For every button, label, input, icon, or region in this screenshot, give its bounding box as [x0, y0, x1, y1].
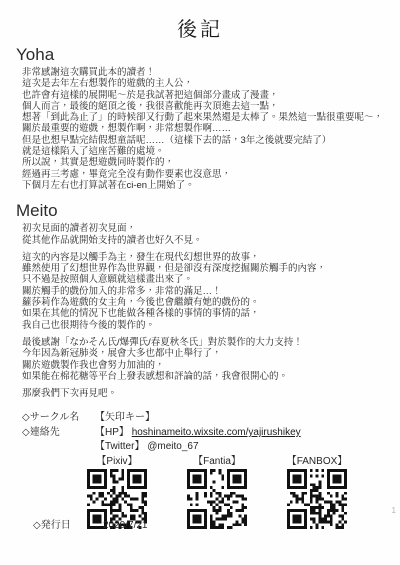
text-line: 如果在其他的情況下也能做各種各樣的事情的事情的話，	[22, 308, 400, 319]
text-line: 初次見面的讀者初次見面，	[22, 223, 400, 234]
author-name-yoha: Yoha	[16, 45, 400, 65]
pixiv-label: 【Pixiv】	[96, 456, 137, 467]
circle-name-label: ◇サークル名	[22, 412, 95, 423]
section-meito: Meito 初次見面的讀者初次見面，從其他作品就開始支持的讀者也好久不見。 這次…	[0, 201, 400, 399]
text-line: 關於遊戲製作我也會努力加油的，	[22, 360, 400, 371]
text-line: 蘿莎莉作為遊戲的女主角，今後也會繼續有她的戲份的。	[22, 297, 400, 308]
text-line: 就是這樣陷入了這座苦難的處境。	[22, 146, 400, 157]
homepage-link[interactable]: hoshinameito.wixsite.com/yajirushikey	[132, 427, 301, 438]
text-line: 那麼我們下次再見吧。	[22, 388, 400, 399]
meito-paragraph-content: 這次的內容是以觸手為主，發生在現代幻想世界的故事，雖然使用了幻想世界作為世界觀，…	[22, 252, 400, 331]
contact-twitter-row: 【Twitter】 @meito_67	[22, 441, 400, 452]
twitter-handle: @meito_67	[147, 441, 198, 452]
text-line: 如果能在棉花糖等平台上發表感想和評論的話，我會很開心的。	[22, 371, 400, 382]
text-line: 經過再三考慮，畢竟完全沒有動作要素也沒意思，	[22, 169, 400, 180]
yoha-comment-text: 非常感謝這次購買此本的讀者！這次是去年左右想製作的遊戲的主人公，也許會有這樣的展…	[22, 67, 400, 191]
text-line: 雖然使用了幻想世界作為世界觀，但是卻沒有深度挖掘關於觸手的內容，	[22, 263, 400, 274]
meito-paragraph-greeting: 初次見面的讀者初次見面，從其他作品就開始支持的讀者也好久不見。	[22, 223, 400, 246]
text-line: 這次的內容是以觸手為主，發生在現代幻想世界的故事，	[22, 252, 400, 263]
text-line: 從其他作品就開始支持的讀者也好久不見。	[22, 235, 400, 246]
twitter-label: 【Twitter】	[95, 441, 144, 452]
page-title: 後記	[0, 13, 400, 42]
qr-column-fantia: 【Fantia】	[167, 456, 267, 529]
qr-column-pixiv: 【Pixiv】	[67, 456, 167, 529]
text-line: 只不過是按照個人意願就這樣畫出來了。	[22, 274, 400, 285]
text-line: 想著「到此為止了」的時候卻又行動了起來果然還是太棒了。果然這一點很重要呢～，	[22, 112, 400, 123]
twitter-entry: 【Twitter】 @meito_67	[95, 441, 199, 452]
meito-paragraph-farewell: 那麼我們下次再見吧。	[22, 388, 400, 399]
publication-date-value: 2020/7/21	[103, 520, 148, 531]
fanbox-qr-code	[287, 469, 347, 529]
fantia-qr-code	[187, 469, 247, 529]
text-line: 下個月左右也打算試著在ci-en上開始了。	[22, 180, 400, 191]
circle-name-row: ◇サークル名 【矢印キー】	[22, 412, 400, 423]
meito-paragraph-thanks: 最後感謝「なかそん氏/爆彈氏/春夏秋冬氏」對於製作的大力支持！今年因為新冠肺炎，…	[22, 337, 400, 382]
text-line: 最後感謝「なかそん氏/爆彈氏/春夏秋冬氏」對於製作的大力支持！	[22, 337, 400, 348]
fantia-label: 【Fantia】	[193, 456, 241, 467]
hp-label: 【HP】	[95, 427, 129, 438]
page-number: 1	[392, 506, 396, 515]
qr-code-row: 【Pixiv】 【Fantia】 【FANBOX】	[67, 456, 367, 529]
text-line: 個人而言，最後的絕頂之後，我很喜歡能再次頂進去這一點，	[22, 101, 400, 112]
hp-entry: 【HP】 hoshinameito.wixsite.com/yajirushik…	[95, 427, 301, 438]
contact-label: ◇連絡先	[22, 427, 95, 438]
text-line: 但是也想早點完結假想童話呢……（這樣下去的話，3年之後就要完結了）	[22, 135, 400, 146]
contact-hp-row: ◇連絡先 【HP】 hoshinameito.wixsite.com/yajir…	[22, 427, 400, 438]
afterword-page: 後記 Yoha 非常感謝這次購買此本的讀者！這次是去年左右想製作的遊戲的主人公，…	[0, 0, 400, 565]
text-line: 關於最重要的遊戲，想製作啊，非常想製作啊……	[22, 123, 400, 134]
publication-date-label: ◇発行日	[33, 520, 103, 531]
text-line: 我自己也很期待今後的製作的。	[22, 320, 400, 331]
text-line: 所以說，其實是想遊戲同時製作的，	[22, 157, 400, 168]
circle-name-value: 【矢印キー】	[95, 412, 155, 423]
qr-column-fanbox: 【FANBOX】	[267, 456, 367, 529]
text-line: 這次是去年左右想製作的遊戲的主人公，	[22, 78, 400, 89]
text-line: 關於觸手的戲份加入的非常多，非常的滿足…！	[22, 286, 400, 297]
text-line: 非常感謝這次購買此本的讀者！	[22, 67, 400, 78]
author-name-meito: Meito	[16, 201, 400, 221]
text-line: 今年因為新冠肺炎，展會大多也都中止舉行了，	[22, 348, 400, 359]
colophon: ◇サークル名 【矢印キー】 ◇連絡先 【HP】 hoshinameito.wix…	[0, 412, 400, 531]
fanbox-label: 【FANBOX】	[287, 456, 348, 467]
section-yoha: Yoha 非常感謝這次購買此本的讀者！這次是去年左右想製作的遊戲的主人公，也許會…	[0, 45, 400, 191]
text-line: 也許會有這樣的展開呢～於是我試著把這個部分畫成了漫畫，	[22, 90, 400, 101]
